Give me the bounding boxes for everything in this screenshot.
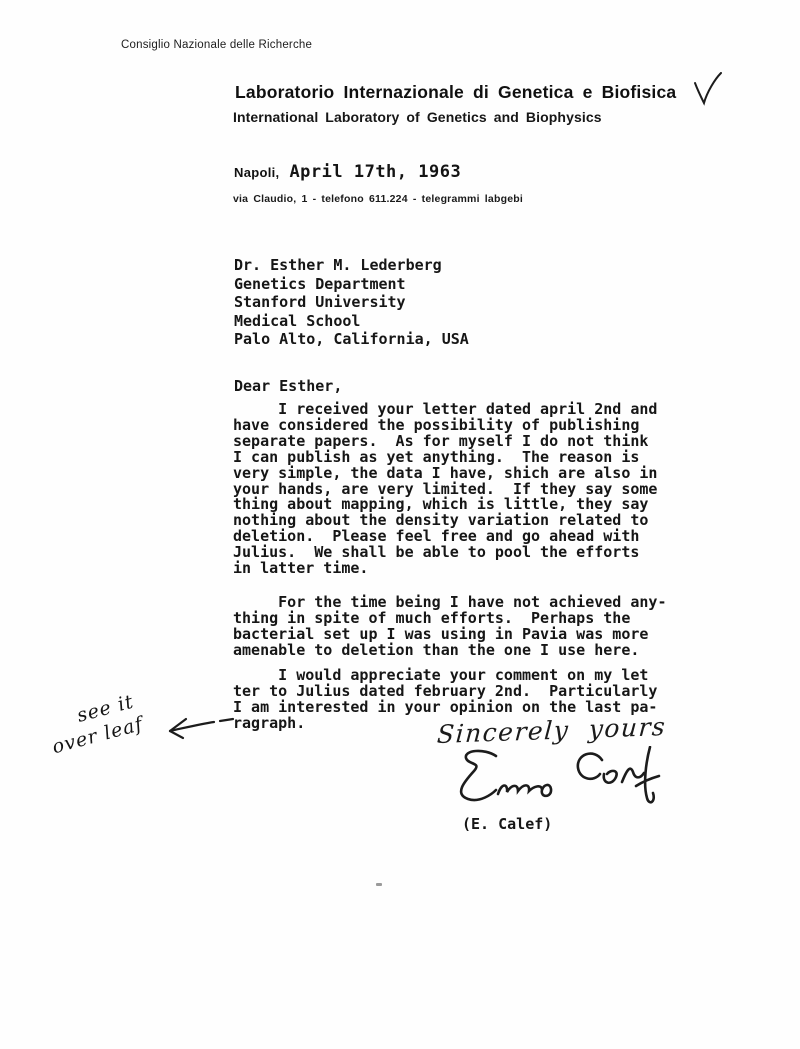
paragraph-2: For the time being I have not achieved a…	[233, 595, 666, 659]
recipient-address-block: Dr. Esther M. Lederberg Genetics Departm…	[234, 256, 469, 349]
scan-artifact-dot	[376, 883, 382, 886]
city-label: Napoli,	[234, 165, 279, 180]
letterhead-title: Laboratorio Internazionale di Genetica e…	[235, 82, 676, 103]
paragraph-1: I received your letter dated april 2nd a…	[233, 402, 657, 577]
letterhead-contact-line: via Claudio, 1 - telefono 611.224 - tele…	[233, 193, 523, 205]
cnr-header-text: Consiglio Nazionale delle Richerche	[121, 39, 312, 51]
left-arrow-icon	[166, 714, 236, 742]
signature-scribble	[450, 746, 662, 818]
scanned-letter-page: Consiglio Nazionale delle Richerche Labo…	[0, 0, 800, 1049]
typed-signature-name: (E. Calef)	[462, 815, 552, 833]
handwritten-checkmark-icon	[692, 72, 724, 108]
typed-date: April 17th, 1963	[289, 162, 461, 182]
letterhead-subtitle: International Laboratory of Genetics and…	[233, 109, 602, 125]
date-line: Napoli, April 17th, 1963	[234, 162, 461, 182]
salutation: Dear Esther,	[234, 378, 342, 394]
handwritten-margin-note: see it over leaf	[43, 689, 145, 759]
